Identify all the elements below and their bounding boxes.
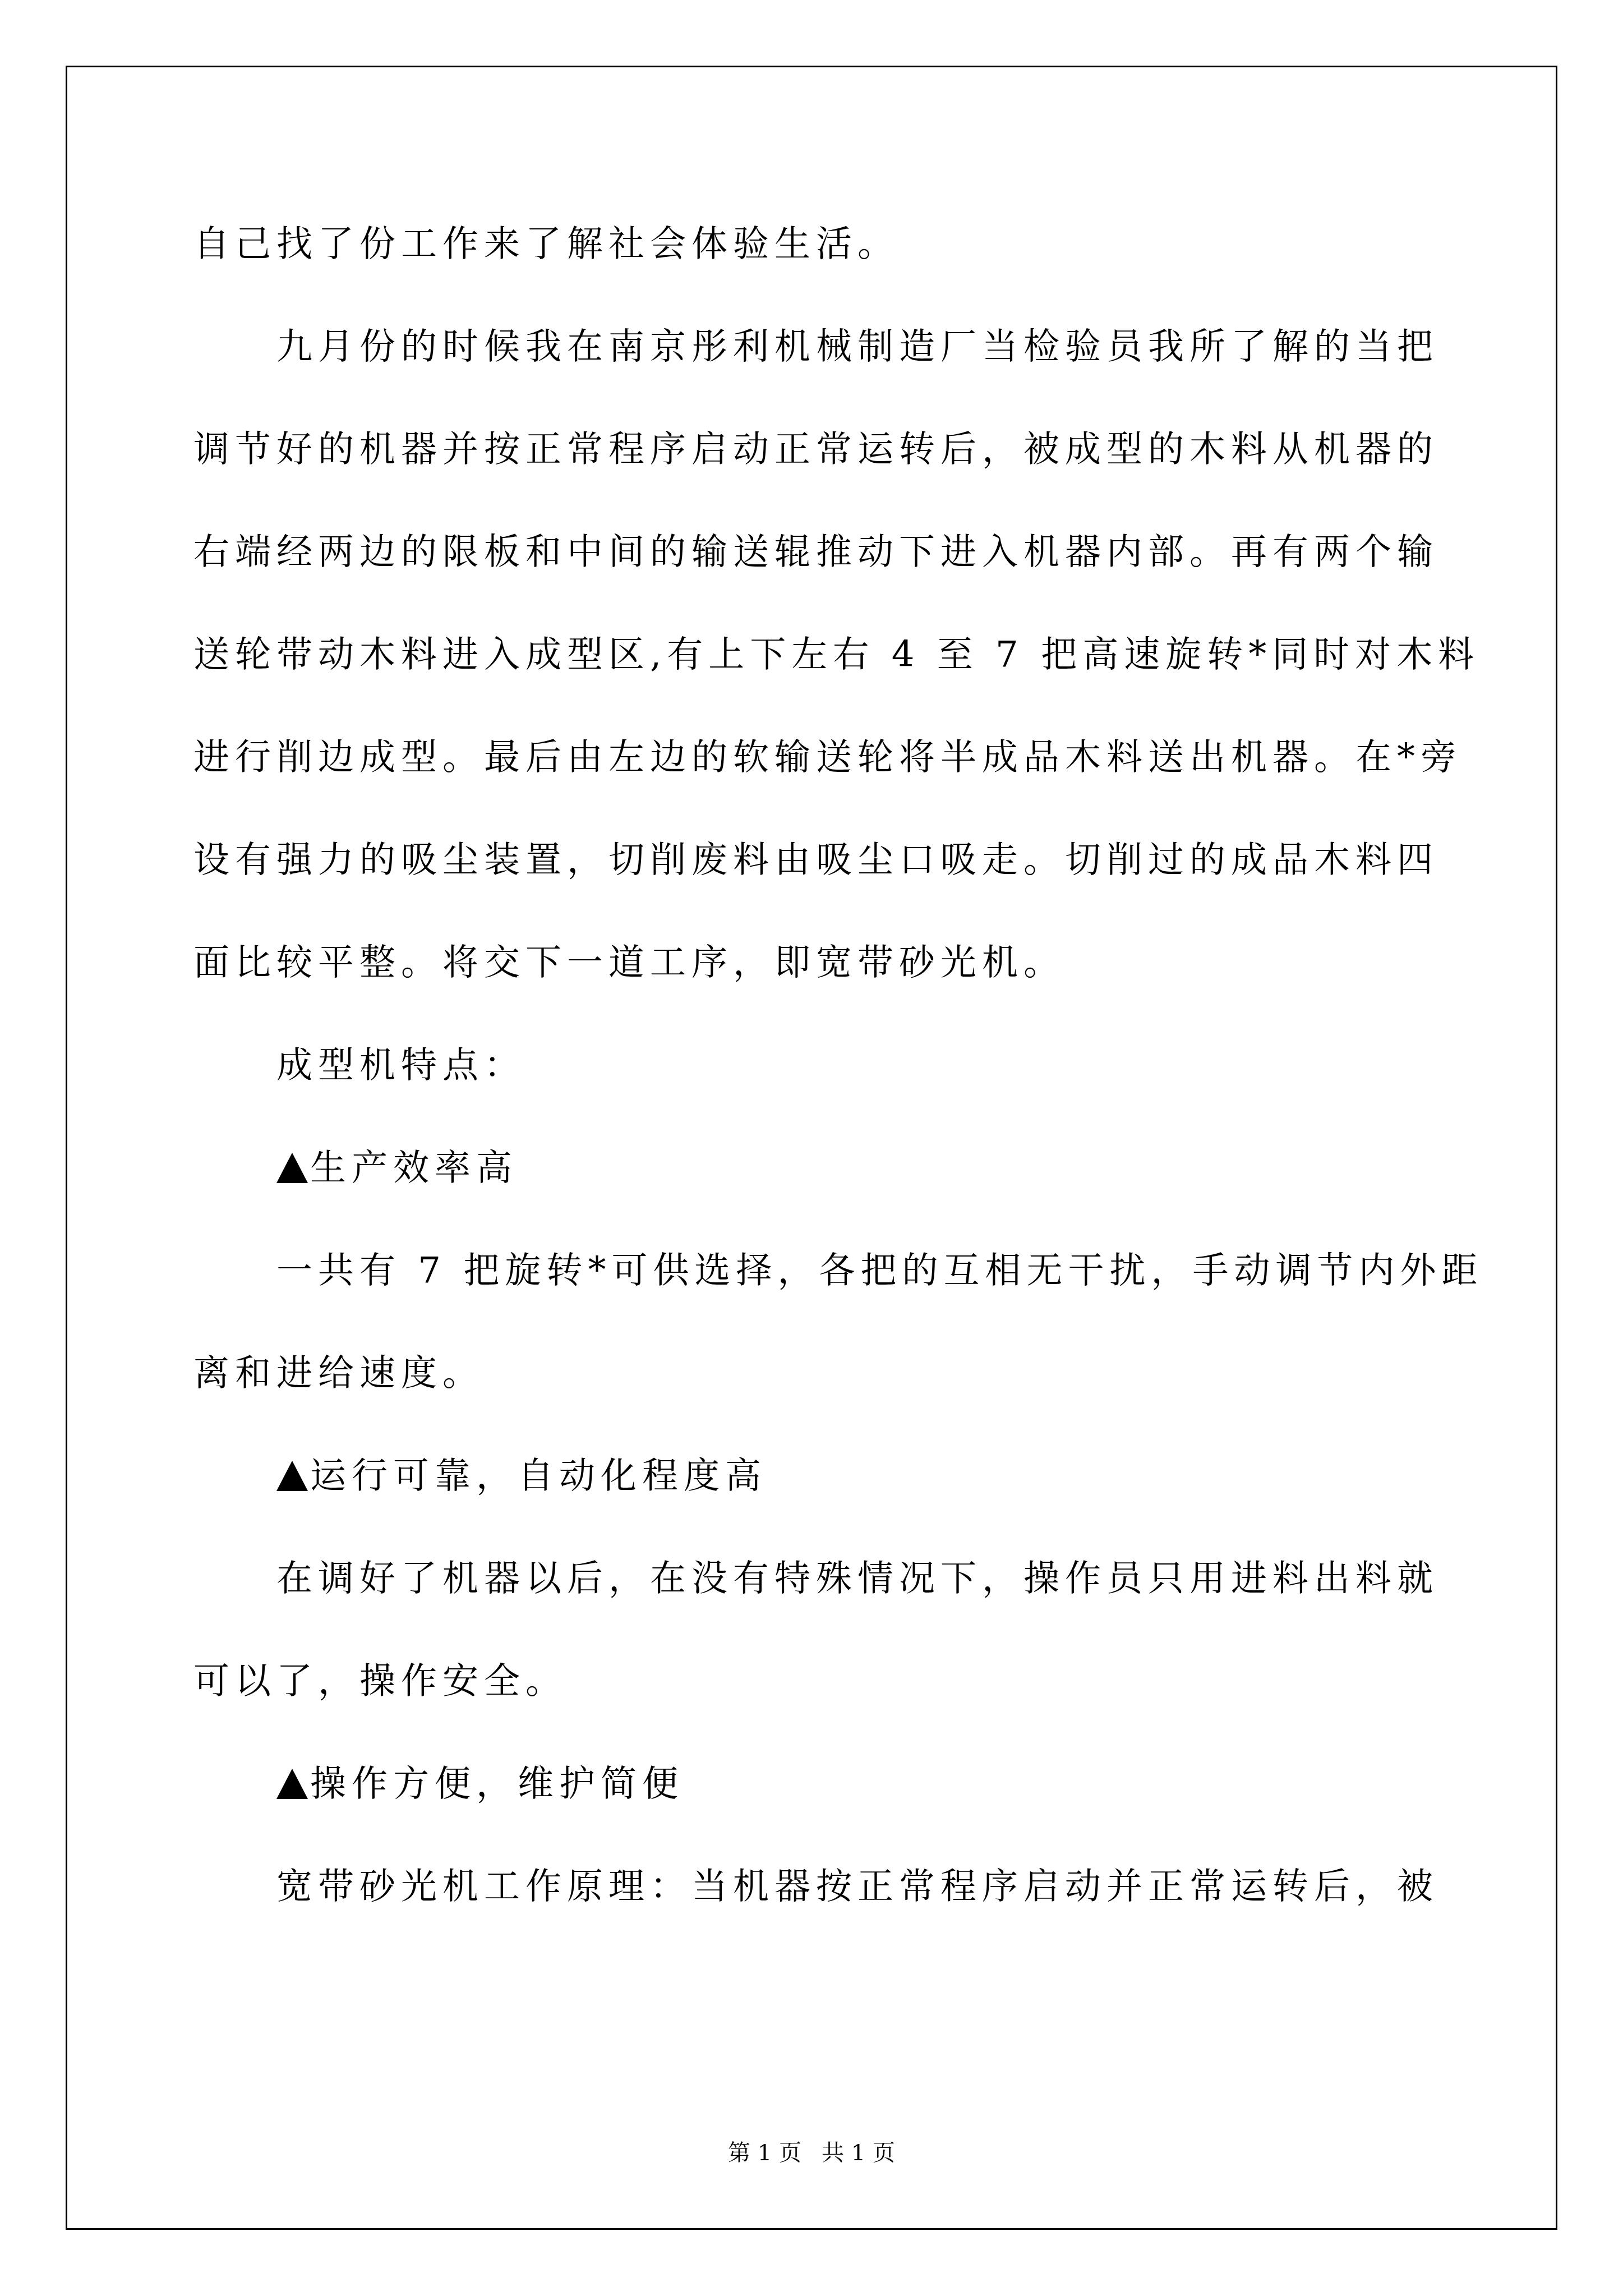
paragraph-line: 离和进给速度。 bbox=[193, 1351, 484, 1396]
paragraph-line: 可以了，操作安全。 bbox=[193, 1659, 567, 1704]
paragraph-line: 右端经两边的限板和中间的输送辊推动下进入机器内部。再有两个输 bbox=[193, 530, 1433, 574]
feature-heading: 生产效率高 bbox=[276, 1145, 518, 1190]
triangle-bullet-icon bbox=[276, 1461, 308, 1491]
feature-heading: 操作方便，维护简便 bbox=[276, 1761, 684, 1806]
paragraph-line: 设有强力的吸尘装置，切削废料由吸尘口吸走。切削过的成品木料四 bbox=[193, 838, 1433, 882]
triangle-bullet-icon bbox=[276, 1769, 308, 1799]
page-footer: 第 1 页共 1 页 bbox=[0, 2139, 1623, 2167]
paragraph-line: 一共有 7 把旋转*可供选择，各把的互相无干扰，手动调节内外距 bbox=[276, 1248, 1433, 1293]
feature-heading-text: 生产效率高 bbox=[310, 1147, 518, 1189]
feature-heading-text: 运行可靠，自动化程度高 bbox=[310, 1455, 767, 1497]
paragraph-line: 九月份的时候我在南京彤利机械制造厂当检验员我所了解的当把 bbox=[276, 324, 1433, 369]
paragraph-line: 调节好的机器并按正常程序启动正常运转后，被成型的木料从机器的 bbox=[193, 427, 1433, 472]
paragraph-line: 宽带砂光机工作原理：当机器按正常程序启动并正常运转后，被 bbox=[276, 1864, 1433, 1909]
section-heading: 成型机特点： bbox=[276, 1043, 525, 1088]
current-page-label: 第 1 页 bbox=[728, 2139, 801, 2167]
paragraph-line: 进行削边成型。最后由左边的软输送轮将半成品木料送出机器。在*旁 bbox=[193, 735, 1433, 780]
triangle-bullet-icon bbox=[276, 1153, 308, 1183]
paragraph-line: 送轮带动木料进入成型区,有上下左右 4 至 7 把高速旋转*同时对木料 bbox=[193, 632, 1433, 677]
feature-heading-text: 操作方便，维护简便 bbox=[310, 1763, 684, 1805]
total-pages-label: 共 1 页 bbox=[822, 2139, 895, 2167]
paragraph-line: 自己找了份工作来了解社会体验生活。 bbox=[193, 222, 899, 266]
paragraph-line: 在调好了机器以后，在没有特殊情况下，操作员只用进料出料就 bbox=[276, 1556, 1433, 1601]
paragraph-line: 面比较平整。将交下一道工序，即宽带砂光机。 bbox=[193, 940, 1065, 985]
feature-heading: 运行可靠，自动化程度高 bbox=[276, 1453, 767, 1498]
